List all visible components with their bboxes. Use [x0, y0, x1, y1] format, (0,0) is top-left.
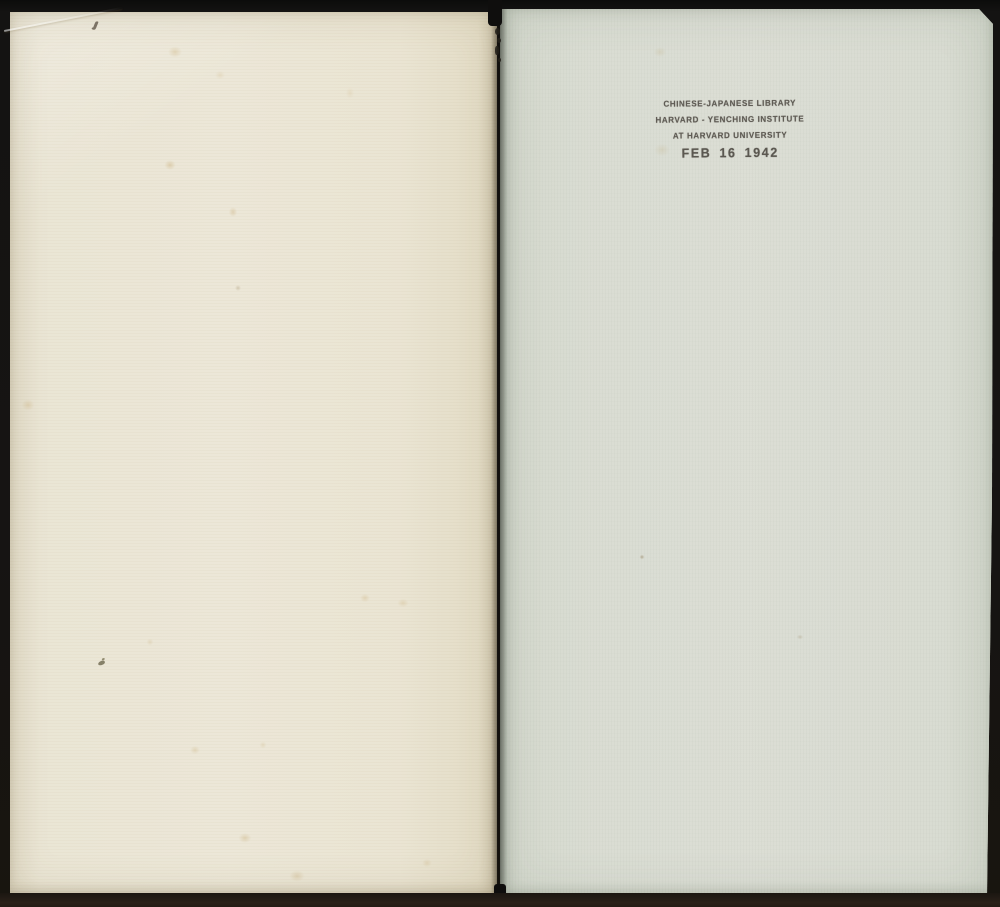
spine-ink-speck: [497, 38, 501, 43]
ink-speck: [98, 660, 106, 666]
pen-mark: [92, 21, 98, 30]
scanner-background: CHINESE-JAPANESE LIBRARY HARVARD - YENCH…: [0, 0, 1000, 907]
library-ownership-stamp: CHINESE-JAPANESE LIBRARY HARVARD - YENCH…: [655, 95, 806, 161]
spine-top-notch: [488, 0, 502, 26]
spine-ink-speck: [498, 58, 501, 62]
left-page-verso-blank: [10, 12, 497, 894]
spine-ink-speck: [495, 46, 499, 55]
scanner-tray-strip: [0, 893, 1000, 907]
stamp-line-university: AT HARVARD UNIVERSITY: [655, 127, 805, 145]
foxing-stains-overlay: [10, 12, 497, 894]
spine-ink-speck: [495, 28, 500, 35]
stamp-date: FEB 16 1942: [655, 145, 805, 162]
corner-crease: [4, 7, 122, 32]
right-page-recto: CHINESE-JAPANESE LIBRARY HARVARD - YENCH…: [500, 9, 993, 896]
scanned-book-spread: { "stamp": { "line1": "CHINESE-JAPANESE …: [0, 0, 1000, 907]
